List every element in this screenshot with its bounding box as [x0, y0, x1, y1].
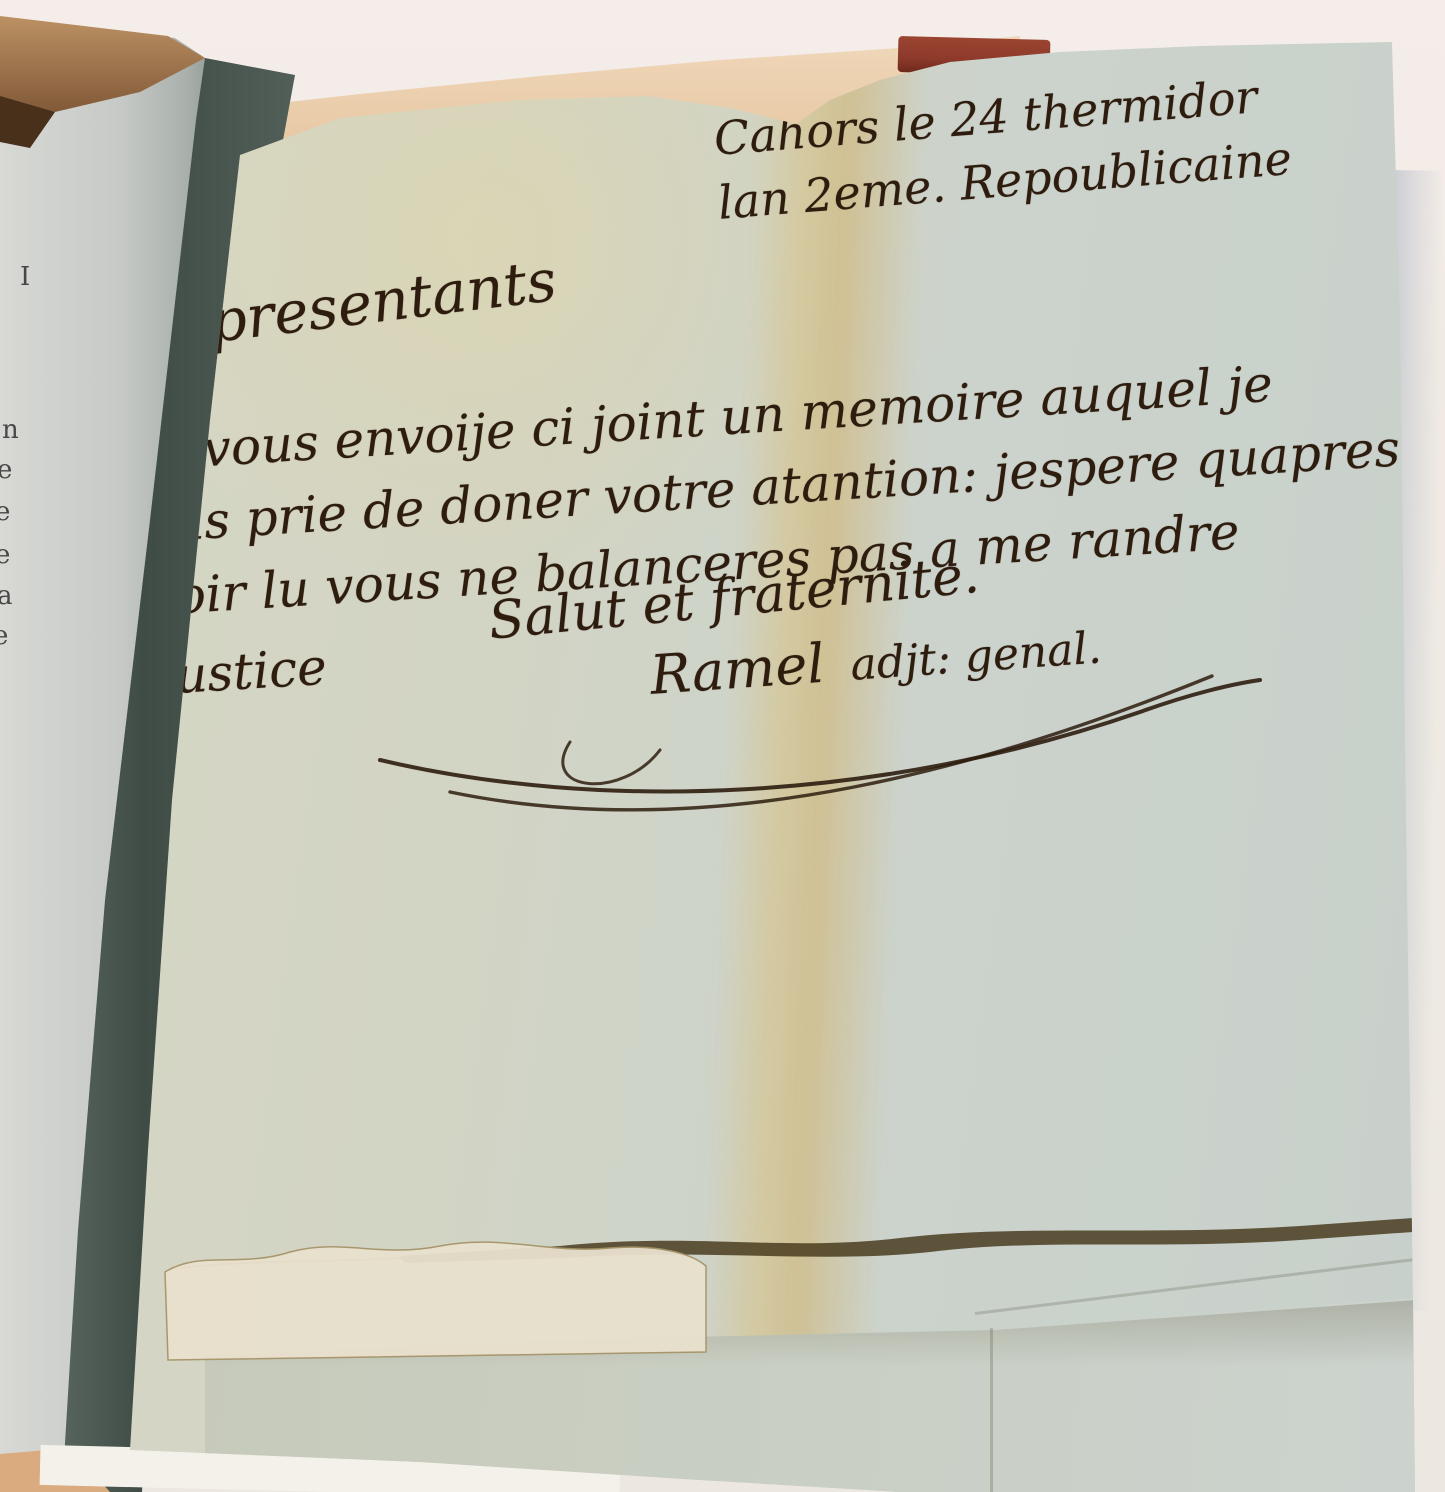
printed-edge-letter: a	[0, 581, 13, 611]
signature-flourish	[360, 640, 1280, 820]
torn-deckle-edge	[165, 1242, 706, 1360]
printed-edge-letter: I	[20, 262, 30, 292]
printed-edge-letter: e	[0, 621, 8, 651]
printed-edge-letter: e	[0, 540, 10, 570]
printed-edge-letter: e	[0, 497, 10, 527]
tear-assembly	[0, 1190, 1445, 1492]
printed-edge-letter: e	[0, 455, 12, 485]
photo-of-manuscript-letter: I n e e e a e Cahors le 24 thermidor lan…	[0, 0, 1445, 1492]
printed-edge-letter: n	[2, 415, 19, 445]
